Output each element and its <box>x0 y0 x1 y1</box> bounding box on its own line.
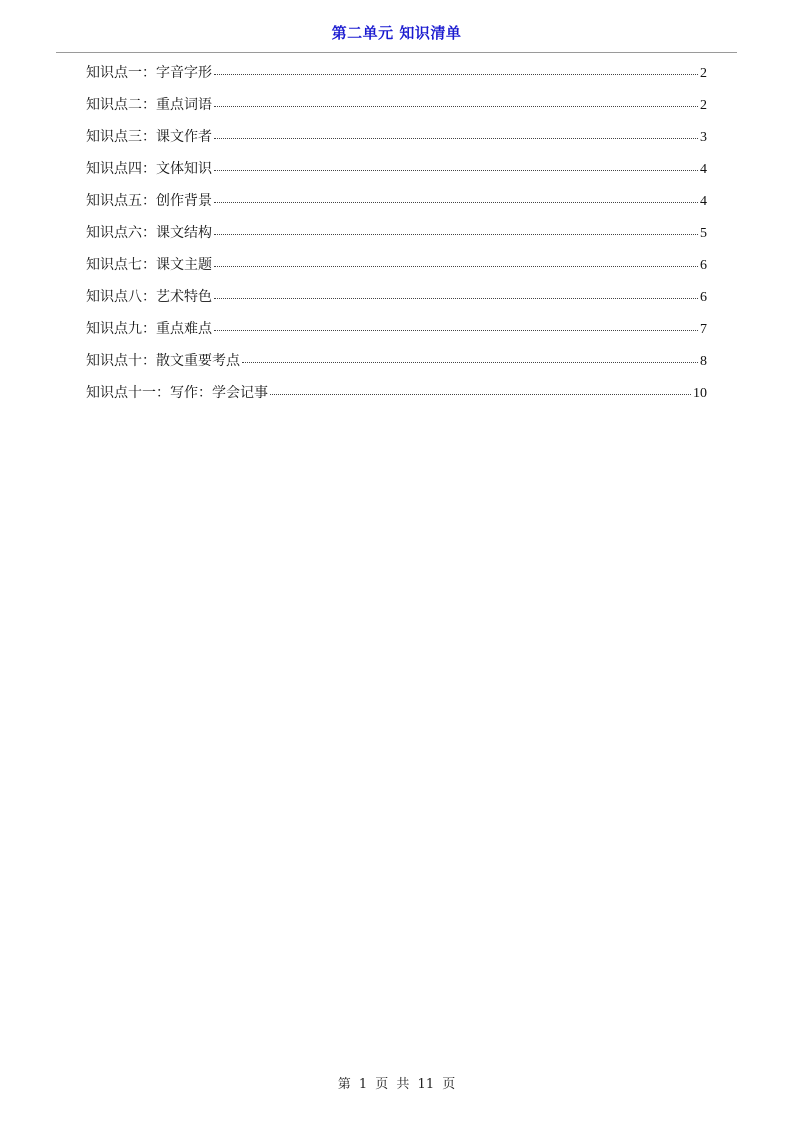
toc-entry-page: 7 <box>700 319 707 341</box>
toc-entry[interactable]: 知识点九：重点难点 7 <box>86 318 707 350</box>
header-title: 第二单元 知识清单 <box>0 22 793 43</box>
toc-entry-page: 4 <box>700 159 707 181</box>
toc-entry-label: 知识点七：课文主题 <box>86 254 212 276</box>
toc-entry[interactable]: 知识点一：字音字形 2 <box>86 62 707 94</box>
toc-entry[interactable]: 知识点二：重点词语 2 <box>86 94 707 126</box>
toc-dot-leader <box>214 137 698 139</box>
toc-entry-page: 5 <box>700 223 707 245</box>
header-divider <box>56 52 737 53</box>
toc-dot-leader <box>214 105 698 107</box>
toc-entry-page: 10 <box>693 383 707 405</box>
toc-entry-label: 知识点四：文体知识 <box>86 158 212 180</box>
toc-entry-page: 6 <box>700 255 707 277</box>
toc-entry-page: 2 <box>700 63 707 85</box>
toc-entry-label: 知识点九：重点难点 <box>86 318 212 340</box>
toc-entry[interactable]: 知识点八：艺术特色 6 <box>86 286 707 318</box>
toc-entry-label: 知识点五：创作背景 <box>86 190 212 212</box>
toc-entry-label: 知识点八：艺术特色 <box>86 286 212 308</box>
page-footer: 第 1 页 共 11 页 <box>0 1073 793 1092</box>
toc-entry-page: 2 <box>700 95 707 117</box>
toc-dot-leader <box>214 169 698 171</box>
toc-dot-leader <box>242 361 698 363</box>
toc-entry[interactable]: 知识点十一：写作：学会记事 10 <box>86 382 707 414</box>
toc-dot-leader <box>214 73 698 75</box>
toc-dot-leader <box>214 233 698 235</box>
toc-entry[interactable]: 知识点三：课文作者 3 <box>86 126 707 158</box>
toc-dot-leader <box>270 393 691 395</box>
toc-entry-page: 8 <box>700 351 707 373</box>
toc-entry-label: 知识点一：字音字形 <box>86 62 212 84</box>
toc-entry-label: 知识点二：重点词语 <box>86 94 212 116</box>
toc-entry[interactable]: 知识点十：散文重要考点 8 <box>86 350 707 382</box>
toc-entry-label: 知识点十一：写作：学会记事 <box>86 382 268 404</box>
toc-entry-label: 知识点六：课文结构 <box>86 222 212 244</box>
toc-entry[interactable]: 知识点五：创作背景 4 <box>86 190 707 222</box>
toc-dot-leader <box>214 201 698 203</box>
toc-dot-leader <box>214 297 698 299</box>
toc-dot-leader <box>214 329 698 331</box>
toc-entry[interactable]: 知识点六：课文结构 5 <box>86 222 707 254</box>
toc-entry-label: 知识点十：散文重要考点 <box>86 350 240 372</box>
toc-entry-label: 知识点三：课文作者 <box>86 126 212 148</box>
toc-entry-page: 6 <box>700 287 707 309</box>
toc-entry[interactable]: 知识点七：课文主题 6 <box>86 254 707 286</box>
toc-entry[interactable]: 知识点四：文体知识 4 <box>86 158 707 190</box>
toc-entry-page: 4 <box>700 191 707 213</box>
toc-dot-leader <box>214 265 698 267</box>
document-page: 第二单元 知识清单 知识点一：字音字形 2 知识点二：重点词语 2 知识点三：课… <box>0 0 793 1122</box>
table-of-contents: 知识点一：字音字形 2 知识点二：重点词语 2 知识点三：课文作者 3 知识点四… <box>86 62 707 414</box>
toc-entry-page: 3 <box>700 127 707 149</box>
